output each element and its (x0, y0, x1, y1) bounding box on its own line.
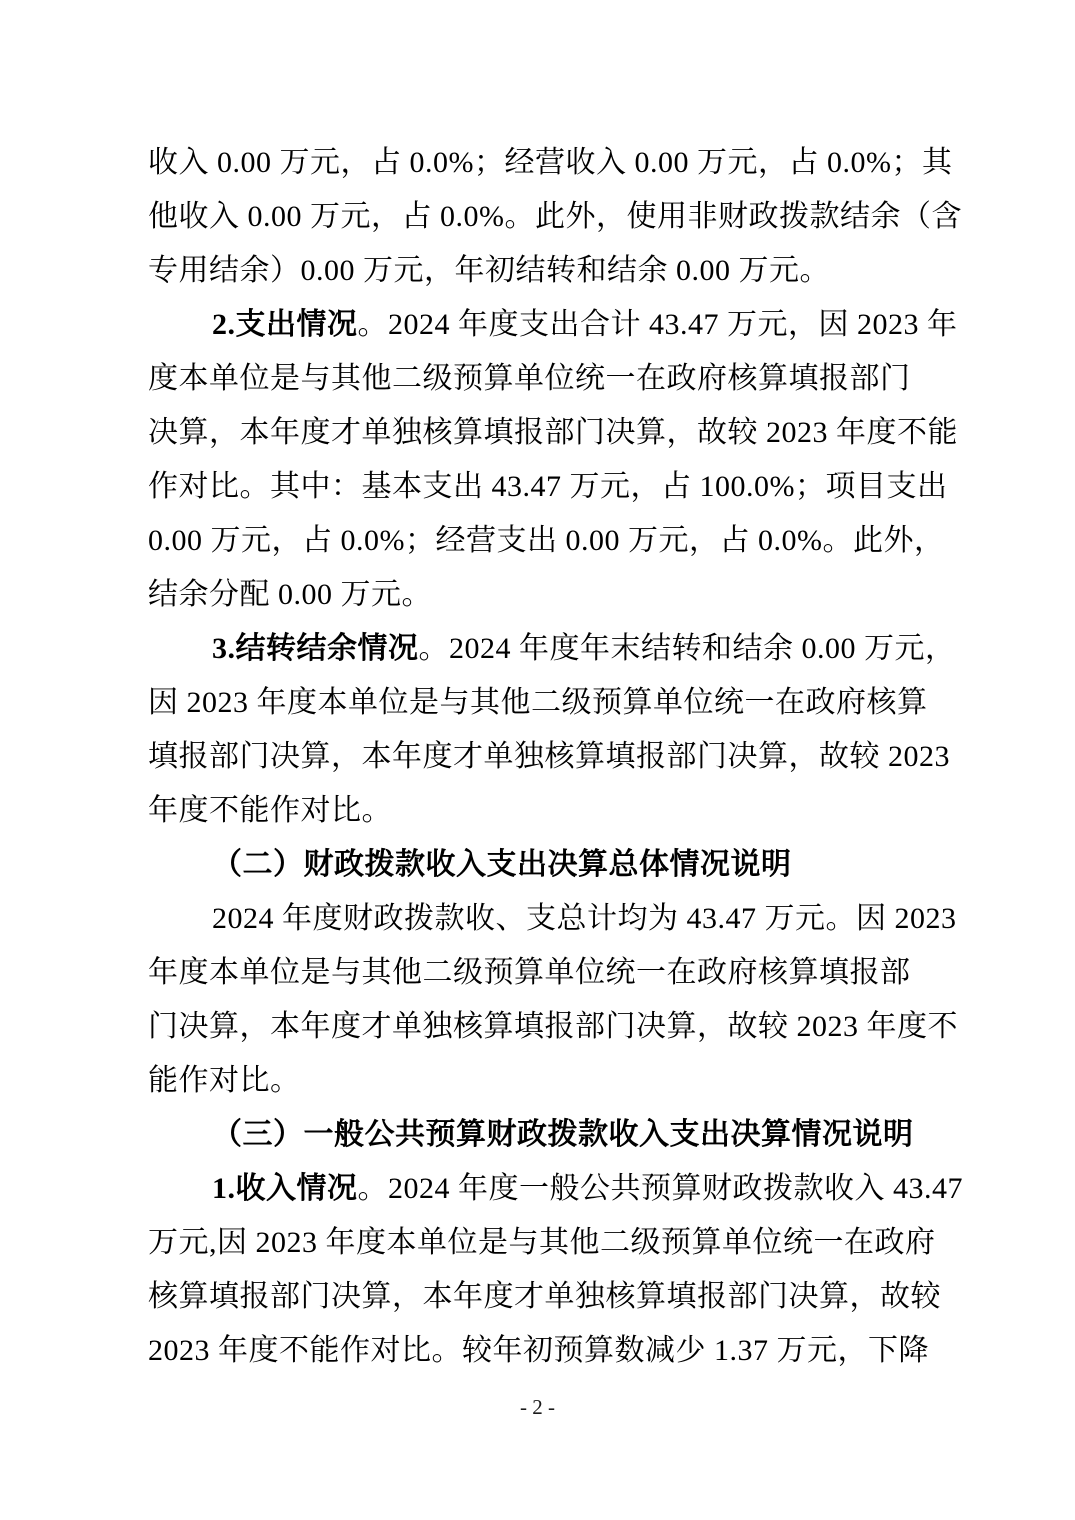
text-run: 填报部门决算，本年度才单独核算填报部门决算，故较 2023 (148, 740, 950, 773)
text-line: 他收入 0.00 万元，占 0.0%。此外，使用非财政拨款结余（含 (148, 190, 910, 244)
text-run: 能作对比。 (148, 1064, 301, 1097)
text-line: 因 2023 年度本单位是与其他二级预算单位统一在政府核算 (148, 676, 910, 730)
text-line: 2.支出情况。2024 年度支出合计 43.47 万元，因 2023 年 (148, 298, 910, 352)
text-line: 核算填报部门决算，本年度才单独核算填报部门决算，故较 (148, 1270, 910, 1324)
text-line: 万元,因 2023 年度本单位是与其他二级预算单位统一在政府 (148, 1216, 910, 1270)
bold-run: （二）财政拨款收入支出决算总体情况说明 (212, 848, 792, 881)
text-line: 能作对比。 (148, 1054, 910, 1108)
bold-run: 1.收入情况 (212, 1172, 358, 1205)
text-run: 2023 年度不能作对比。较年初预算数减少 1.37 万元，下降 (148, 1334, 929, 1367)
bold-run: 2.支出情况 (212, 308, 358, 341)
text-run: 万元,因 2023 年度本单位是与其他二级预算单位统一在政府 (148, 1226, 936, 1259)
text-run: 他收入 0.00 万元，占 0.0%。此外，使用非财政拨款结余（含 (148, 200, 962, 233)
text-line: （三）一般公共预算财政拨款收入支出决算情况说明 (148, 1108, 910, 1162)
text-line: 年度本单位是与其他二级预算单位统一在政府核算填报部 (148, 946, 910, 1000)
text-run: 作对比。其中：基本支出 43.47 万元，占 100.0%；项目支出 (148, 470, 948, 503)
text-run: 核算填报部门决算，本年度才单独核算填报部门决算，故较 (148, 1280, 941, 1313)
text-run: 年度不能作对比。 (148, 794, 392, 827)
text-line: （二）财政拨款收入支出决算总体情况说明 (148, 838, 910, 892)
text-run: 0.00 万元，占 0.0%；经营支出 0.00 万元，占 0.0%。此外， (148, 524, 944, 557)
text-line: 作对比。其中：基本支出 43.47 万元，占 100.0%；项目支出 (148, 460, 910, 514)
text-run: 年度本单位是与其他二级预算单位统一在政府核算填报部 (148, 956, 911, 989)
text-run: 门决算，本年度才单独核算填报部门决算，故较 2023 年度不 (148, 1010, 958, 1043)
text-line: 结余分配 0.00 万元。 (148, 568, 910, 622)
text-run: 结余分配 0.00 万元。 (148, 578, 432, 611)
text-run: 。2024 年度年末结转和结余 0.00 万元， (419, 632, 956, 665)
document-lines: 收入 0.00 万元，占 0.0%；经营收入 0.00 万元，占 0.0%；其他… (148, 136, 910, 1378)
text-line: 1.收入情况。2024 年度一般公共预算财政拨款收入 43.47 (148, 1162, 910, 1216)
text-line: 年度不能作对比。 (148, 784, 910, 838)
text-line: 收入 0.00 万元，占 0.0%；经营收入 0.00 万元，占 0.0%；其 (148, 136, 910, 190)
text-line: 3.结转结余情况。2024 年度年末结转和结余 0.00 万元， (148, 622, 910, 676)
text-line: 0.00 万元，占 0.0%；经营支出 0.00 万元，占 0.0%。此外， (148, 514, 910, 568)
text-run: 2024 年度财政拨款收、支总计均为 43.47 万元。因 2023 (212, 902, 957, 935)
text-line: 填报部门决算，本年度才单独核算填报部门决算，故较 2023 (148, 730, 910, 784)
bold-run: 3.结转结余情况 (212, 632, 419, 665)
text-run: 度本单位是与其他二级预算单位统一在政府核算填报部门 (148, 362, 911, 395)
text-line: 决算，本年度才单独核算填报部门决算，故较 2023 年度不能 (148, 406, 910, 460)
text-run: 。2024 年度支出合计 43.47 万元，因 2023 年 (358, 308, 958, 341)
text-line: 门决算，本年度才单独核算填报部门决算，故较 2023 年度不 (148, 1000, 910, 1054)
text-line: 专用结余）0.00 万元，年初结转和结余 0.00 万元。 (148, 244, 910, 298)
text-line: 2024 年度财政拨款收、支总计均为 43.47 万元。因 2023 (148, 892, 910, 946)
text-run: 。2024 年度一般公共预算财政拨款收入 43.47 (358, 1172, 964, 1205)
text-line: 度本单位是与其他二级预算单位统一在政府核算填报部门 (148, 352, 910, 406)
text-run: 收入 0.00 万元，占 0.0%；经营收入 0.00 万元，占 0.0%；其 (148, 146, 952, 179)
document-page: 收入 0.00 万元，占 0.0%；经营收入 0.00 万元，占 0.0%；其他… (0, 0, 1075, 1520)
text-run: 决算，本年度才单独核算填报部门决算，故较 2023 年度不能 (148, 416, 958, 449)
text-run: 专用结余）0.00 万元，年初结转和结余 0.00 万元。 (148, 254, 830, 287)
bold-run: （三）一般公共预算财政拨款收入支出决算情况说明 (212, 1118, 914, 1151)
text-line: 2023 年度不能作对比。较年初预算数减少 1.37 万元，下降 (148, 1324, 910, 1378)
page-number: - 2 - (0, 1392, 1075, 1422)
text-run: 因 2023 年度本单位是与其他二级预算单位统一在政府核算 (148, 686, 928, 719)
